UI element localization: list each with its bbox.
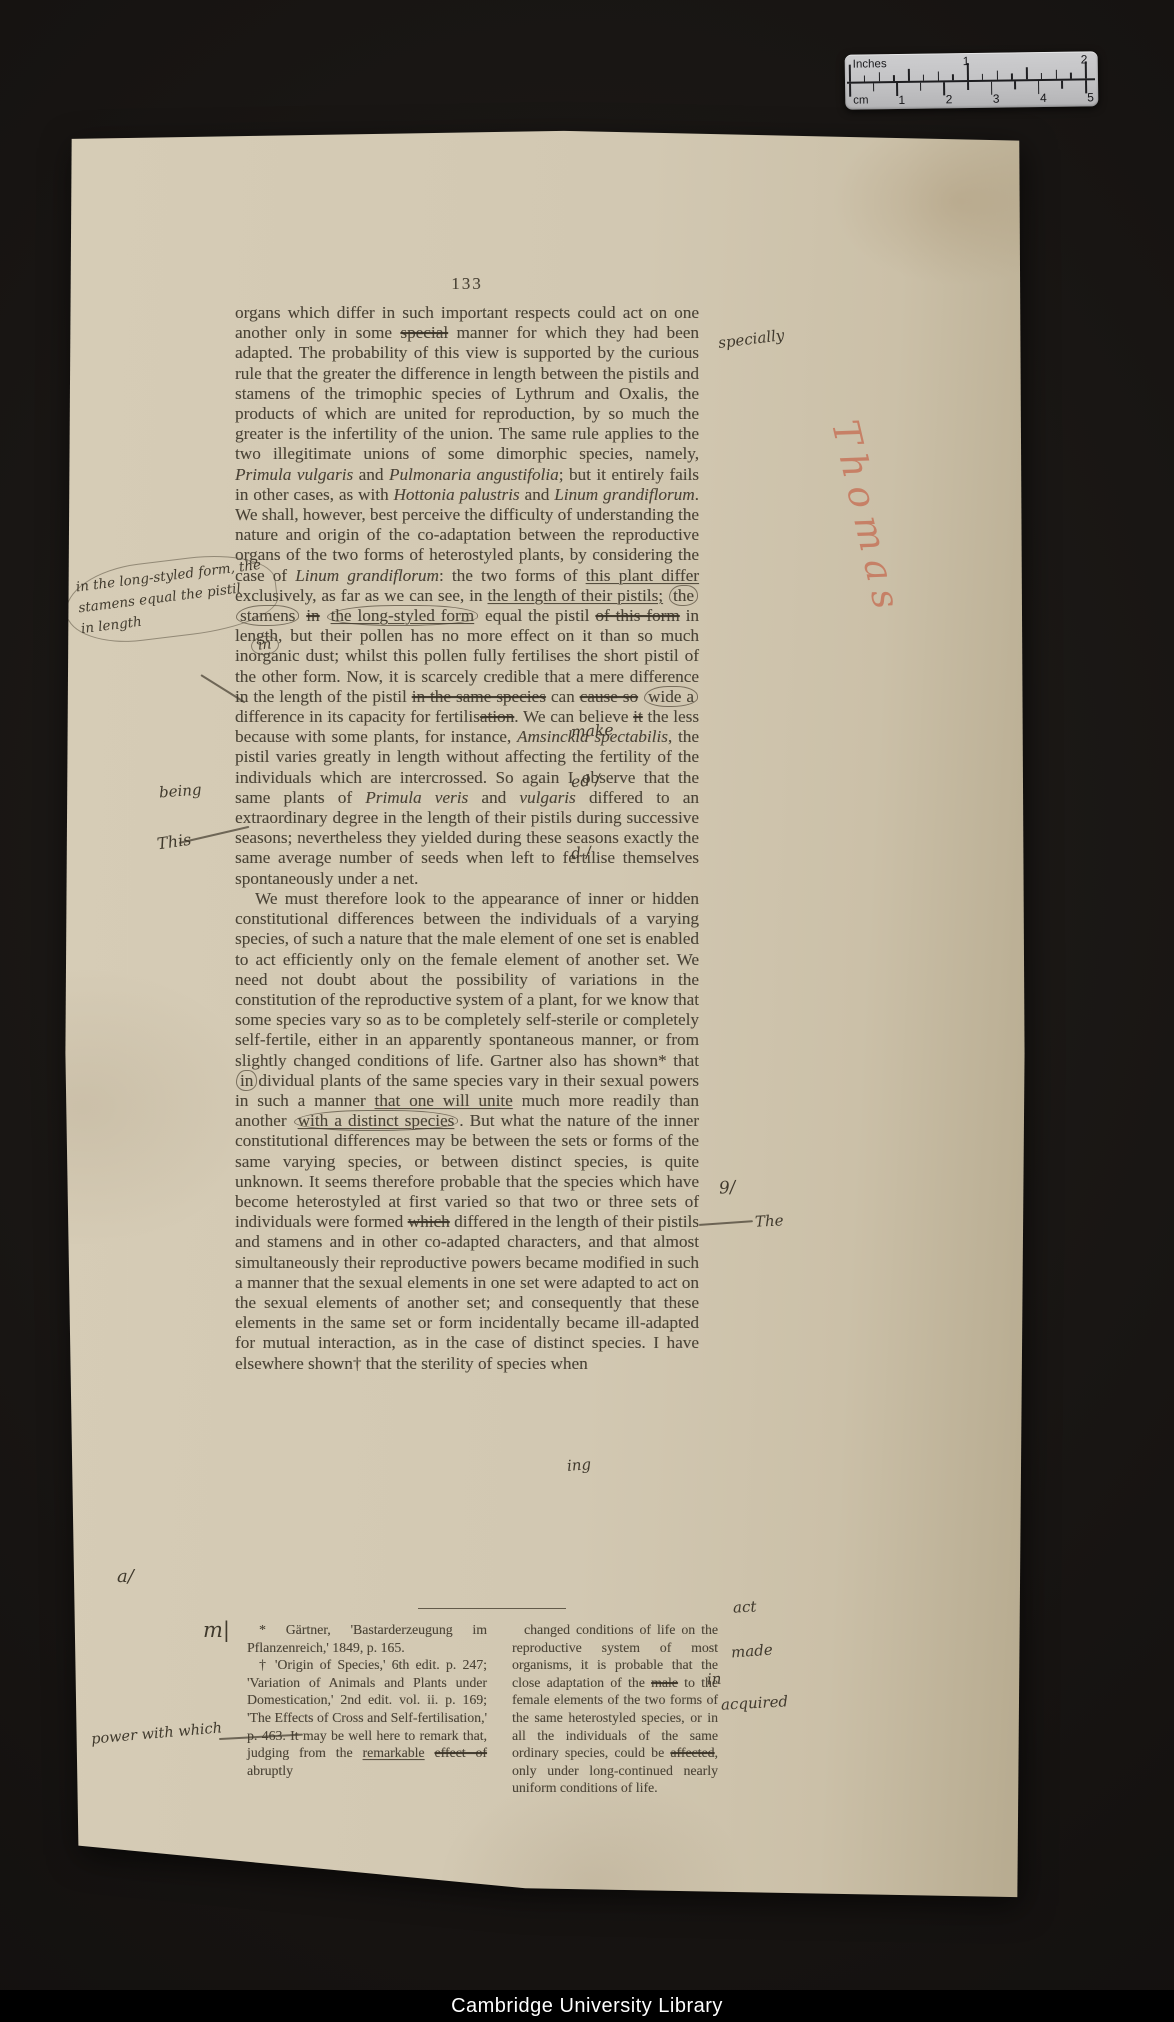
printed-text <box>320 606 326 625</box>
ruler-tick <box>1014 81 1016 89</box>
ruler-tick <box>849 84 851 97</box>
ruler-ticks: 1212345 <box>845 51 1098 55</box>
handwritten-annotation-make: make <box>571 721 614 741</box>
ruler-tick <box>923 75 925 81</box>
circled-text: wide a <box>644 686 698 707</box>
ruler-tick <box>1070 73 1072 79</box>
printed-text: that one will unite <box>374 1091 512 1110</box>
printed-text <box>663 586 668 605</box>
ruler-tick <box>937 71 939 80</box>
printed-text: Linum grandiflorum <box>295 566 439 585</box>
struck-text: effect of <box>434 1745 487 1760</box>
ruler-inch-number: 1 <box>963 54 970 68</box>
struck-text: of this form <box>595 606 679 625</box>
handwritten-annotation-a-mark: a/ <box>117 1566 134 1587</box>
ruler-tick <box>878 72 880 81</box>
ruler-tick <box>908 69 910 81</box>
handwritten-annotation-ing: ing <box>566 1455 591 1475</box>
ruler-baseline <box>847 78 1095 83</box>
footnote-separator <box>418 1608 566 1609</box>
printed-text: and <box>520 485 555 504</box>
ruler-tick <box>1041 73 1043 79</box>
handwritten-annotation-m-mark: m| <box>203 1618 230 1642</box>
printed-text: Pulmonaria angustifolia <box>389 465 559 484</box>
printed-text: and <box>468 788 519 807</box>
ruler-cm-number: 2 <box>946 92 953 106</box>
printed-text <box>638 687 643 706</box>
printed-paragraph: † 'Origin of Species,' 6th edit. p. 247;… <box>247 1656 487 1779</box>
handwritten-annotation-in-lower: in <box>707 1670 722 1689</box>
ruler-tick <box>996 71 998 80</box>
ruler-tick <box>1026 67 1028 79</box>
printed-text <box>425 1745 435 1760</box>
printed-text: Primula vulgaris <box>235 465 353 484</box>
pen-stroke <box>699 1220 753 1225</box>
ruler-cm-number: 4 <box>1040 91 1047 105</box>
circled-text: with a distinct species <box>294 1110 459 1131</box>
footnote-column-right: changed conditions of life on the reprod… <box>512 1621 718 1797</box>
footnote-column-left: * Gärtner, 'Bastarderzeugung im Pflanzen… <box>247 1621 487 1779</box>
ruler-tick <box>893 75 895 81</box>
ruler-cm-number: 5 <box>1087 90 1094 104</box>
ruler: Inches cm 1212345 <box>845 51 1099 110</box>
handwritten-annotation-being: being <box>158 781 202 802</box>
ruler-tick <box>873 83 875 91</box>
printed-text: equal the pistil <box>479 606 595 625</box>
ruler-tick <box>952 74 954 80</box>
handwritten-annotation-act: act <box>733 1597 757 1616</box>
printed-text: remarkable <box>363 1745 425 1760</box>
printed-paragraph: organs which differ in such important re… <box>235 303 699 889</box>
caption-label: Cambridge University Library <box>451 1995 723 2018</box>
photo-background: { "photo": { "footer_label": "Cambridge … <box>0 0 1174 2022</box>
paper-sheet: 133 organs which differ in such importan… <box>63 130 1026 1906</box>
printed-text: this plant differ <box>586 566 699 585</box>
handwritten-annotation-red-crayon: Thomas <box>823 416 910 621</box>
printed-text: * Gärtner, 'Bastarderzeugung im Pflanzen… <box>247 1622 487 1655</box>
ruler-tick <box>967 82 969 90</box>
printed-text: manner for which they had been adapted. … <box>235 323 699 463</box>
ruler-tick <box>920 83 922 91</box>
ruler-tick <box>1055 70 1057 79</box>
handwritten-annotation-specially: specially <box>717 326 785 352</box>
handwritten-annotation-power-with-which: power with which <box>91 1720 223 1747</box>
ruler-tick <box>1061 81 1063 89</box>
printed-text-column: organs which differ in such important re… <box>235 303 699 1374</box>
caption-bar: Cambridge University Library <box>0 1990 1174 2022</box>
struck-text: in the same species <box>412 687 546 706</box>
struck-text: which <box>408 1212 450 1231</box>
ruler-tick <box>864 75 866 81</box>
printed-paragraph: * Gärtner, 'Bastarderzeugung im Pflanzen… <box>247 1621 487 1656</box>
ruler-tick <box>1011 73 1013 79</box>
handwritten-annotation-ed-mark: ed / <box>570 771 601 791</box>
manuscript-page: 133 organs which differ in such importan… <box>63 130 1026 1906</box>
printed-text: and <box>353 465 389 484</box>
handwritten-annotation-acquired: acquired <box>721 1692 789 1713</box>
printed-text: vulgaris <box>519 788 575 807</box>
printed-text: Hottonia palustris <box>393 485 519 504</box>
ruler-cm-number: 1 <box>898 93 905 107</box>
ruler-tick <box>849 65 851 82</box>
printed-paragraph: changed conditions of life on the reprod… <box>512 1621 718 1797</box>
printed-text: : the two forms of <box>439 566 586 585</box>
printed-text: Primula veris <box>365 788 468 807</box>
page-number: 133 <box>235 274 699 294</box>
printed-text: differed in the length of their pistils … <box>235 1212 699 1372</box>
struck-text: in <box>306 606 319 625</box>
struck-text: male <box>651 1675 678 1690</box>
ruler-inch-number: 2 <box>1081 52 1088 66</box>
printed-text: the length of their pistils; <box>488 586 664 605</box>
ruler-tick <box>982 74 984 80</box>
printed-text: difference in its capacity for fertilis <box>235 707 480 726</box>
printed-text: can <box>546 687 580 706</box>
ruler-inches-label: Inches <box>853 58 887 70</box>
struck-text: ation <box>480 707 514 726</box>
handwritten-annotation-made: made <box>730 1641 773 1662</box>
printed-paragraph: We must therefore look to the appearance… <box>235 889 699 1374</box>
printed-text: We must therefore look to the appearance… <box>235 889 699 1070</box>
handwritten-annotation-d-mark: d / <box>570 843 592 863</box>
circled-text: in <box>236 1070 257 1091</box>
ruler-cm-label: cm <box>853 94 869 106</box>
struck-text: it <box>633 707 643 726</box>
struck-text: special <box>400 323 448 342</box>
handwritten-annotation-paragraph-mark: 9/ <box>718 1177 736 1198</box>
printed-text: abruptly <box>247 1763 293 1778</box>
printed-text: Linum grandiflorum <box>554 485 694 504</box>
handwritten-annotation-the: The <box>755 1211 784 1230</box>
struck-text: affected <box>670 1745 714 1760</box>
ruler-cm-number: 3 <box>993 92 1000 106</box>
circled-text: the long-styled form <box>327 605 479 626</box>
struck-text: cause so <box>580 687 638 706</box>
